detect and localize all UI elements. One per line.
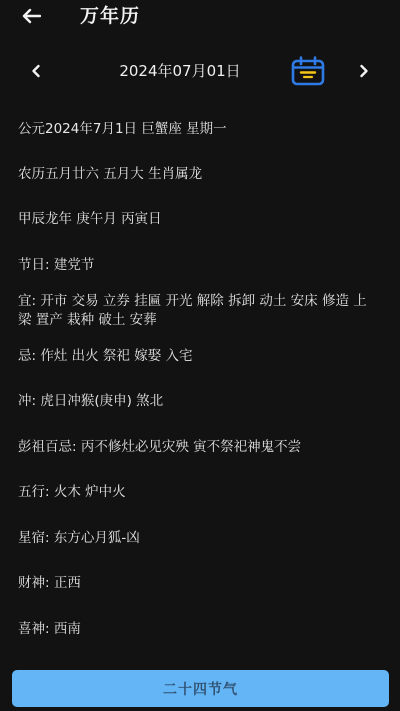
previous-day-button[interactable] bbox=[25, 60, 47, 82]
perpetual-calendar-screen: 万年历 2024年07月01日 公元2024年7月1日 bbox=[0, 0, 400, 711]
auspicious-row: 宜: 开市 交易 立券 挂匾 开光 解除 拆卸 动土 安床 修造 上梁 置产 栽… bbox=[18, 292, 380, 330]
clash-row: 冲: 虎日冲猴(庚申) 煞北 bbox=[18, 392, 380, 411]
chevron-right-icon bbox=[359, 64, 369, 78]
date-navigator: 2024年07月01日 bbox=[0, 52, 400, 90]
current-date[interactable]: 2024年07月01日 bbox=[100, 61, 260, 81]
gregorian-date-row: 公元2024年7月1日 巨蟹座 星期一 bbox=[18, 120, 380, 139]
festival-row: 节日: 建党节 bbox=[18, 256, 380, 275]
lunar-date-row: 农历五月廿六 五月大 生肖属龙 bbox=[18, 165, 380, 184]
calendar-picker-button[interactable] bbox=[290, 55, 326, 87]
inauspicious-row: 忌: 作灶 出火 祭祀 嫁娶 入宅 bbox=[18, 347, 380, 366]
chevron-left-icon bbox=[31, 64, 41, 78]
next-day-button[interactable] bbox=[353, 60, 375, 82]
joy-god-row: 喜神: 西南 bbox=[18, 620, 380, 639]
wealth-god-row: 财神: 正西 bbox=[18, 574, 380, 593]
arrow-left-icon bbox=[21, 8, 41, 24]
page-title: 万年历 bbox=[80, 4, 140, 28]
back-button[interactable] bbox=[18, 4, 44, 28]
calendar-icon bbox=[290, 55, 326, 87]
ganzhi-row: 甲辰龙年 庚午月 丙寅日 bbox=[18, 210, 380, 229]
solar-terms-button[interactable]: 二十四节气 bbox=[12, 670, 389, 707]
five-elements-row: 五行: 火木 炉中火 bbox=[18, 483, 380, 502]
app-bar: 万年历 bbox=[0, 0, 400, 34]
pengzu-taboo-row: 彭祖百忌: 丙不修灶必见灾殃 寅不祭祀神鬼不尝 bbox=[18, 438, 380, 457]
lunar-mansion-row: 星宿: 东方心月狐-凶 bbox=[18, 529, 380, 548]
